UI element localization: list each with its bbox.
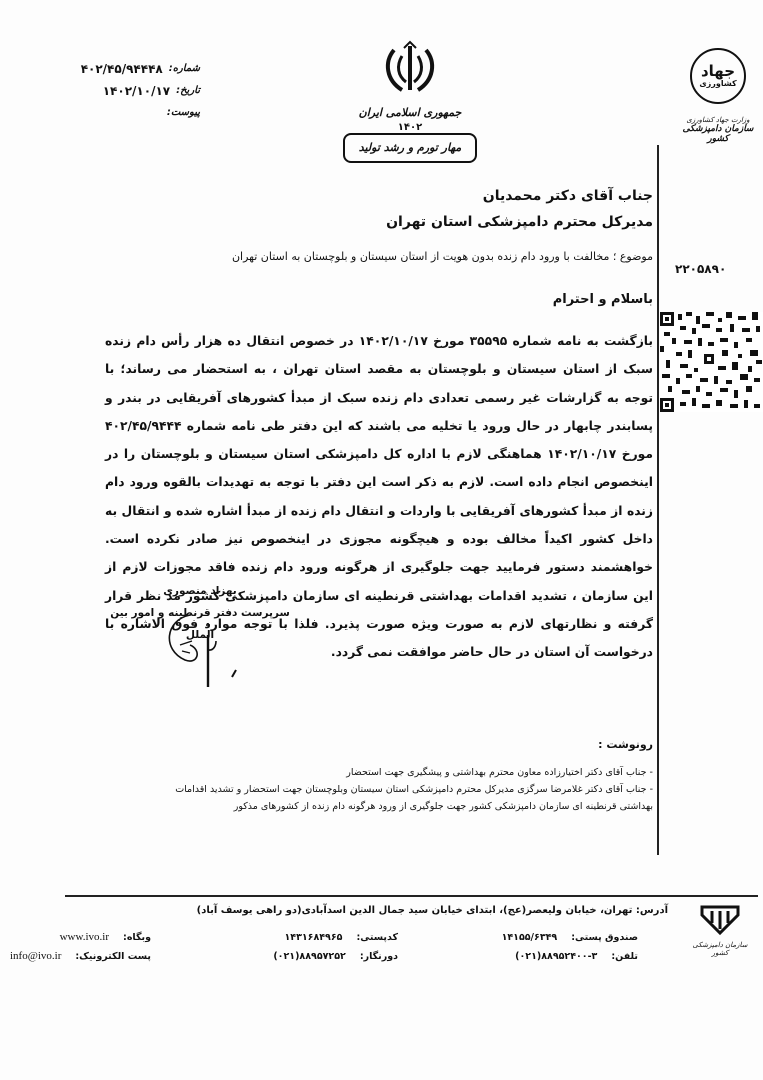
letter-number-label: شماره: [169,58,200,80]
letter-date: ۱۴۰۲/۱۰/۱۷ [103,80,170,102]
attachment-label: پیوست: [167,102,200,124]
ministry-name: وزارت جهاد کشاورزی [678,116,758,124]
letter-number-row: شماره: ۴۰۲/۴۵/۹۴۴۴۸ [70,58,200,80]
ministry-logo-block: جهاد کشاورزی وزارت جهاد کشاورزی سازمان د… [678,48,758,144]
pobox-value: ۱۴۱۵۵/۶۳۴۹ [502,928,558,947]
fax-label: دورنگار: [360,947,398,966]
attachment-row: پیوست: [70,102,200,124]
cc-list: - جناب آقای دکتر اختیارزاده معاون محترم … [153,764,653,815]
slogan-year: ۱۴۰۲ [335,122,485,133]
footer-logo-caption: سازمان دامپزشکی کشور [690,941,750,957]
footer-divider [65,895,758,897]
letter-number: ۴۰۲/۴۵/۹۴۴۴۸ [81,58,163,80]
qr-code-icon[interactable] [660,312,763,412]
ivo-logo-icon [698,903,742,937]
jihad-keshavarzi-logo-icon: جهاد کشاورزی [690,48,746,104]
signature-icon [150,605,260,690]
addressee: جناب آقای دکتر محمدیان مدیرکل محترم دامپ… [386,183,653,235]
email-link[interactable]: info@ivo.ir [10,947,61,966]
pobox-label: صندوق پستی: [571,928,638,947]
fax-value: (۰۲۱)۸۸۹۵۷۲۵۲ [273,947,345,966]
postal-code-value: ۱۴۳۱۶۸۴۹۶۵ [284,928,342,947]
phone-value: (۰۲۱)۸۸۹۵۲۴۰۰-۳ [515,947,597,966]
letter-date-label: تاریخ: [176,80,200,102]
postal-code-label: کدپستی: [356,928,398,947]
footer-logo-block: سازمان دامپزشکی کشور [690,903,750,957]
emblem-title: جمهوری اسلامی ایران [335,106,485,119]
logo-text-top: جهاد [701,64,735,79]
letter-subject: موضوع ؛ مخالفت با ورود دام زنده بدون هوی… [232,250,653,263]
cc-item: - جناب آقای دکتر غلامرضا سرگزی مدیرکل مح… [153,781,653,815]
footer-col-postal: صندوق پستی: ۱۴۱۵۵/۶۳۴۹ تلفن: (۰۲۱)۸۸۹۵۲۴… [502,928,638,966]
national-emblem-block: جمهوری اسلامی ایران ۱۴۰۲ مهار تورم و رشد… [335,40,485,163]
footer-col-contact: کدپستی: ۱۴۳۱۶۸۴۹۶۵ دورنگار: (۰۲۱)۸۸۹۵۷۲۵… [273,928,398,966]
website-link[interactable]: www.ivo.ir [60,928,109,947]
logo-text-bottom: کشاورزی [699,79,736,88]
cc-item: - جناب آقای دکتر اختیارزاده معاون محترم … [153,764,653,781]
email-label: پست الکترونیک: [75,947,151,966]
website-label: وبگاه: [123,928,151,947]
addressee-name: جناب آقای دکتر محمدیان [386,183,653,209]
cc-title: رونوشت : [598,738,653,751]
footer-col-web: وبگاه: www.ivo.ir پست الکترونیک: info@iv… [10,928,151,966]
tracking-code: ۲۲۰۵۸۹۰ [675,262,726,276]
organization-name: سازمان دامپزشکی کشور [678,124,758,144]
letter-meta: شماره: ۴۰۲/۴۵/۹۴۴۴۸ تاریخ: ۱۴۰۲/۱۰/۱۷ پی… [70,58,200,124]
year-slogan: مهار تورم و رشد تولید [343,133,477,163]
phone-label: تلفن: [611,947,638,966]
addressee-title: مدیرکل محترم دامپزشکی استان تهران [386,209,653,235]
margin-divider [657,145,659,855]
letter-date-row: تاریخ: ۱۴۰۲/۱۰/۱۷ [70,80,200,102]
footer-address: آدرس: تهران، خیابان ولیعصر(عج)، ابتدای خ… [197,905,668,916]
signer-name: بهزاد منصوری [95,580,305,602]
iran-emblem-icon [380,40,440,100]
greeting: باسلام و احترام [553,292,653,307]
